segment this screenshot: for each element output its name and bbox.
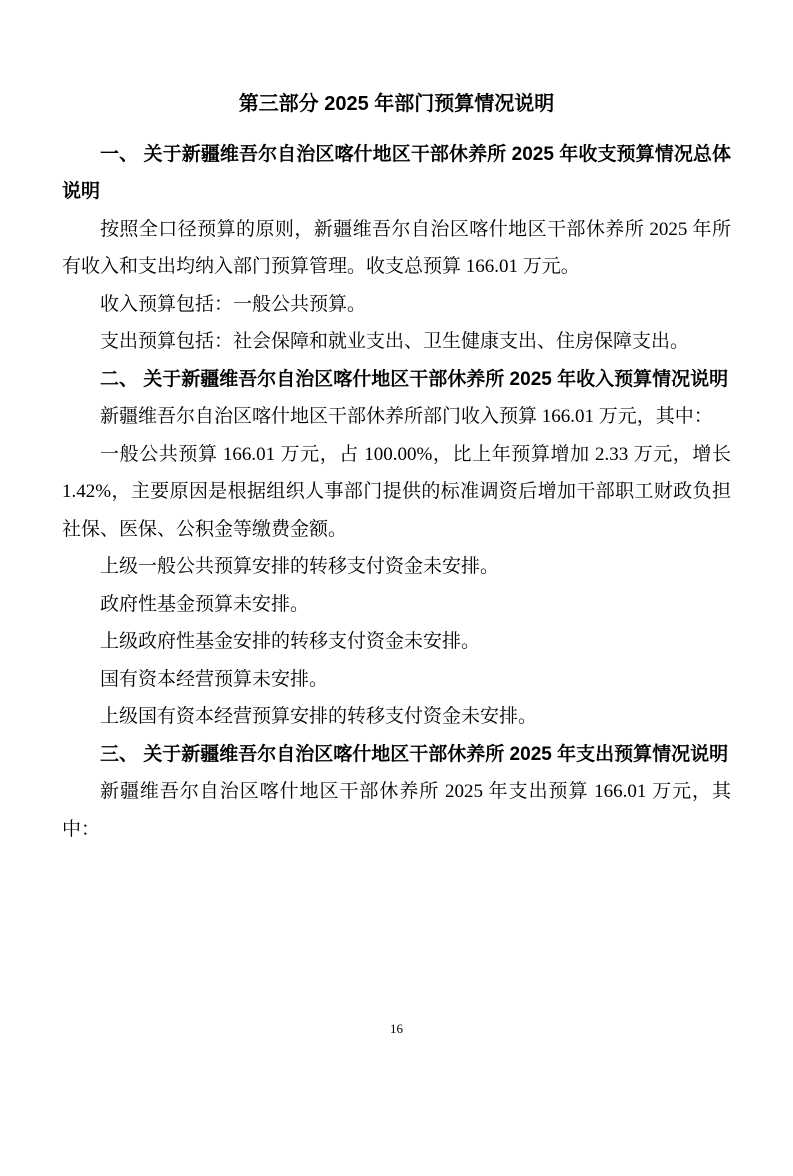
paragraph-government-fund: 政府性基金预算未安排。 <box>62 586 731 624</box>
paragraph-expense-includes: 支出预算包括：社会保障和就业支出、卫生健康支出、住房保障支出。 <box>62 323 731 361</box>
paragraph-general-public-budget: 一般公共预算 166.01 万元，占 100.00%，比上年预算增加 2.33 … <box>62 436 731 549</box>
document-page: 第三部分 2025 年部门预算情况说明 一、 关于新疆维吾尔自治区喀什地区干部休… <box>0 0 793 1176</box>
paragraph-state-capital: 国有资本经营预算未安排。 <box>62 661 731 699</box>
paragraph-income-total: 新疆维吾尔自治区喀什地区干部休养所部门收入预算 166.01 万元，其中： <box>62 398 731 436</box>
paragraph-superior-state-capital-transfer: 上级国有资本经营预算安排的转移支付资金未安排。 <box>62 698 731 736</box>
paragraph-expense-total: 新疆维吾尔自治区喀什地区干部休养所 2025 年支出预算 166.01 万元，其… <box>62 773 731 848</box>
section-heading-overview: 一、 关于新疆维吾尔自治区喀什地区干部休养所 2025 年收支预算情况总体说明 <box>62 136 731 211</box>
paragraph-superior-fund-transfer: 上级政府性基金安排的转移支付资金未安排。 <box>62 623 731 661</box>
document-title: 第三部分 2025 年部门预算情况说明 <box>62 86 731 124</box>
page-number: 16 <box>0 1020 793 1038</box>
section-heading-income-budget: 二、 关于新疆维吾尔自治区喀什地区干部休养所 2025 年收入预算情况说明 <box>62 361 731 399</box>
paragraph-overview-principle: 按照全口径预算的原则，新疆维吾尔自治区喀什地区干部休养所 2025 年所有收入和… <box>62 211 731 286</box>
document-content: 第三部分 2025 年部门预算情况说明 一、 关于新疆维吾尔自治区喀什地区干部休… <box>0 0 793 848</box>
paragraph-income-includes: 收入预算包括：一般公共预算。 <box>62 286 731 324</box>
paragraph-superior-general-transfer: 上级一般公共预算安排的转移支付资金未安排。 <box>62 548 731 586</box>
section-heading-expense-budget: 三、 关于新疆维吾尔自治区喀什地区干部休养所 2025 年支出预算情况说明 <box>62 736 731 774</box>
